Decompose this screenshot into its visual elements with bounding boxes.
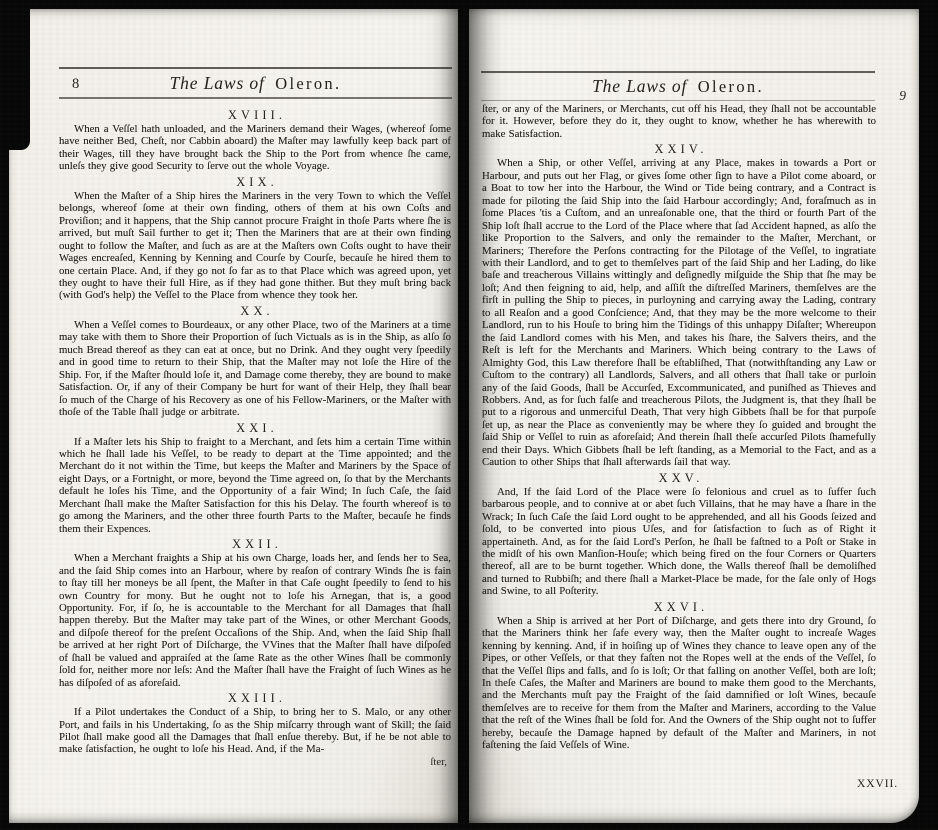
heading-xxvi: XXVI. — [482, 600, 876, 615]
article-xxii: When a Merchant fraights a Ship at his o… — [59, 552, 451, 689]
page-9: The Laws of Oleron. 9 ſter, or any of th… — [469, 9, 919, 823]
article-xix: When the Maſter of a Ship hires the Mari… — [59, 190, 451, 302]
page-number-right: 9 — [899, 88, 906, 104]
heading-xviii: XVIII. — [59, 108, 451, 123]
article-xxiv: When a Ship, or other Veſſel, arriving a… — [482, 157, 876, 468]
heading-xxiv: XXIV. — [482, 142, 876, 157]
heading-xxiii: XXIII. — [59, 691, 451, 706]
heading-xxii: XXII. — [59, 537, 451, 552]
article-xxv: And, If the ſaid Lord of the Place were … — [482, 486, 876, 598]
text-column-right: ſter, or any of the Mariners, or Merchan… — [482, 103, 876, 790]
article-xxvi: When a Ship is arrived at her Port of Di… — [482, 615, 876, 752]
running-title-roman: Oleron. — [698, 77, 764, 96]
book-spread: 8 The Laws of Oleron. XVIII. When a Veſſ… — [0, 0, 938, 830]
running-header-left: 8 The Laws of Oleron. — [59, 67, 452, 99]
catchword-left: ſter, — [59, 756, 451, 768]
scan-edge-artifact — [0, 0, 30, 150]
catchword-right: XXVII. — [482, 778, 898, 790]
page-8: 8 The Laws of Oleron. XVIII. When a Veſſ… — [9, 9, 458, 823]
running-title-left: The Laws of Oleron. — [59, 73, 452, 94]
running-title-italic: The Laws of — [592, 76, 687, 96]
article-xxiii: If a Pilot undertakes the Conduct of a S… — [59, 706, 451, 756]
page-number-left: 8 — [72, 76, 79, 93]
heading-xxv: XXV. — [482, 471, 876, 486]
heading-xix: XIX. — [59, 175, 451, 190]
article-xxi: If a Maſter lets his Ship to fraight to … — [59, 436, 451, 536]
running-title-italic: The Laws of — [170, 73, 265, 93]
running-header-right: The Laws of Oleron. 9 — [481, 71, 875, 101]
heading-xxi: XXI. — [59, 421, 451, 436]
article-xxiii-continuation: ſter, or any of the Mariners, or Merchan… — [482, 103, 876, 140]
heading-xx: XX. — [59, 304, 451, 319]
running-title-right: The Laws of Oleron. — [481, 76, 875, 97]
running-title-roman: Oleron. — [275, 74, 341, 93]
article-xviii: When a Veſſel hath unloaded, and the Mar… — [59, 123, 451, 173]
article-xx: When a Veſſel comes to Bourdeaux, or any… — [59, 319, 451, 419]
text-column-left: XVIII. When a Veſſel hath unloaded, and … — [59, 106, 451, 768]
